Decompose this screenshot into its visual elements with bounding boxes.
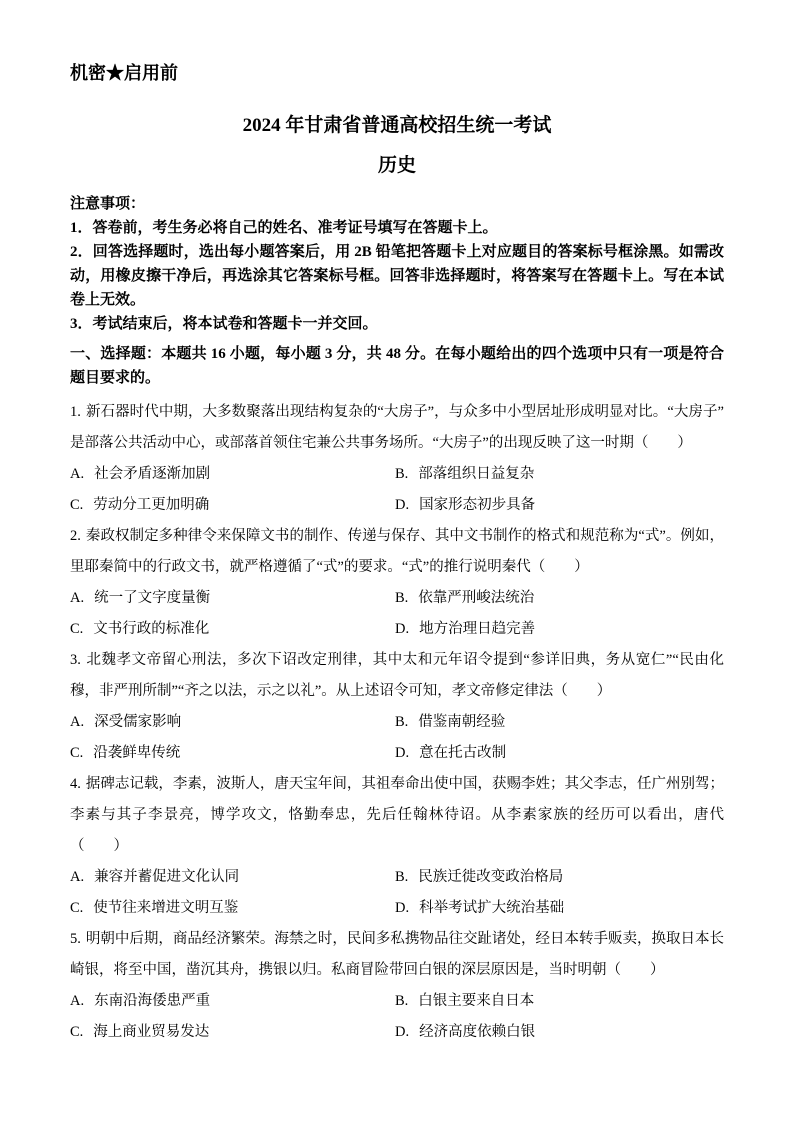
option-a: A.统一了文字度量衡 <box>70 583 395 614</box>
question-stem-text: 北魏孝文帝留心刑法，多次下诏改定刑律，其中太和元年诏令提到“参详旧典，务从宽仁”… <box>70 652 724 699</box>
notice-item-2: 2．回答选择题时，选出每小题答案后，用 2B 铅笔把答题卡上对应题目的答案标号框… <box>70 240 724 312</box>
option-text: 东南沿海倭患严重 <box>94 993 210 1009</box>
option-label: C. <box>70 497 83 513</box>
question-number: 3. <box>70 652 86 668</box>
option-text: 白银主要来自日本 <box>418 993 534 1009</box>
option-label: A. <box>70 590 84 606</box>
option-text: 使节往来增进文明互鉴 <box>93 900 238 916</box>
question-number: 1. <box>70 404 86 420</box>
option-a: A.东南沿海倭患严重 <box>70 986 395 1017</box>
option-text: 民族迁徙改变政治格局 <box>418 869 563 885</box>
option-d: D.国家形态初步具备 <box>395 490 724 521</box>
question-5: 5.明朝中后期，商品经济繁荣。海禁之时，民间多私携物品往交趾诸处，经日本转手贩卖… <box>70 924 724 1048</box>
option-text: 社会矛盾逐渐加剧 <box>94 466 210 482</box>
option-label: B. <box>395 714 408 730</box>
notice-item-1: 1．答卷前，考生务必将自己的姓名、准考证号填写在答题卡上。 <box>70 216 724 240</box>
question-number: 4. <box>70 776 86 792</box>
option-c: C.沿袭鲜卑传统 <box>70 738 395 769</box>
question-stem-text: 新石器时代中期，大多数聚落出现结构复杂的“大房子”，与众多中小型居址形成明显对比… <box>70 404 724 451</box>
option-c: C.文书行政的标准化 <box>70 614 395 645</box>
option-label: C. <box>70 900 83 916</box>
option-text: 深受儒家影响 <box>94 714 181 730</box>
option-label: D. <box>395 497 409 513</box>
option-b: B.部落组织日益复杂 <box>395 459 724 490</box>
subject-title: 历史 <box>70 154 724 178</box>
option-b: B.民族迁徙改变政治格局 <box>395 862 724 893</box>
questions-list: 1.新石器时代中期，大多数聚落出现结构复杂的“大房子”，与众多中小型居址形成明显… <box>70 397 724 1048</box>
exam-title: 2024 年甘肃省普通高校招生统一考试 <box>70 114 724 138</box>
option-a: A.兼容并蓄促进文化认同 <box>70 862 395 893</box>
option-a: A.深受儒家影响 <box>70 707 395 738</box>
option-d: D.地方治理日趋完善 <box>395 614 724 645</box>
option-text: 劳动分工更加明确 <box>93 497 209 513</box>
option-label: B. <box>395 590 408 606</box>
option-label: C. <box>70 1024 83 1040</box>
option-text: 意在托古改制 <box>419 745 506 761</box>
options-grid: A.东南沿海倭患严重 B.白银主要来自日本 C.海上商业贸易发达 D.经济高度依… <box>70 986 724 1048</box>
options-grid: A.统一了文字度量衡 B.依靠严刑峻法统治 C.文书行政的标准化 D.地方治理日… <box>70 583 724 645</box>
option-text: 统一了文字度量衡 <box>94 590 210 606</box>
question-stem: 2.秦政权制定多种律令来保障文书的制作、传递与保存、其中文书制作的格式和规范称为… <box>70 521 724 583</box>
notice-heading: 注意事项： <box>70 192 724 216</box>
options-grid: A.深受儒家影响 B.借鉴南朝经验 C.沿袭鲜卑传统 D.意在托古改制 <box>70 707 724 769</box>
question-number: 5. <box>70 931 86 947</box>
option-d: D.意在托古改制 <box>395 738 724 769</box>
option-label: B. <box>395 869 408 885</box>
option-text: 国家形态初步具备 <box>419 497 535 513</box>
question-stem: 3.北魏孝文帝留心刑法，多次下诏改定刑律，其中太和元年诏令提到“参详旧典，务从宽… <box>70 645 724 707</box>
option-label: B. <box>395 466 408 482</box>
question-stem-text: 秦政权制定多种律令来保障文书的制作、传递与保存、其中文书制作的格式和规范称为“式… <box>70 528 724 575</box>
question-4: 4.据碑志记载，李素，波斯人，唐天宝年间，其祖奉命出使中国，获赐李姓；其父李志，… <box>70 769 724 924</box>
question-number: 2. <box>70 528 86 544</box>
option-b: B.依靠严刑峻法统治 <box>395 583 724 614</box>
question-stem: 4.据碑志记载，李素，波斯人，唐天宝年间，其祖奉命出使中国，获赐李姓；其父李志，… <box>70 769 724 862</box>
question-stem: 5.明朝中后期，商品经济繁荣。海禁之时，民间多私携物品往交趾诸处，经日本转手贩卖… <box>70 924 724 986</box>
option-c: C.劳动分工更加明确 <box>70 490 395 521</box>
classification-label: 机密★启用前 <box>70 60 724 86</box>
option-d: D.经济高度依赖白银 <box>395 1017 724 1048</box>
option-b: B.借鉴南朝经验 <box>395 707 724 738</box>
option-label: D. <box>395 900 409 916</box>
section-heading: 一、选择题：本题共 16 小题，每小题 3 分，共 48 分。在每小题给出的四个… <box>70 342 724 390</box>
question-1: 1.新石器时代中期，大多数聚落出现结构复杂的“大房子”，与众多中小型居址形成明显… <box>70 397 724 521</box>
question-stem-text: 明朝中后期，商品经济繁荣。海禁之时，民间多私携物品往交趾诸处，经日本转手贩卖，换… <box>70 931 724 978</box>
question-2: 2.秦政权制定多种律令来保障文书的制作、传递与保存、其中文书制作的格式和规范称为… <box>70 521 724 645</box>
question-3: 3.北魏孝文帝留心刑法，多次下诏改定刑律，其中太和元年诏令提到“参详旧典，务从宽… <box>70 645 724 769</box>
options-grid: A.社会矛盾逐渐加剧 B.部落组织日益复杂 C.劳动分工更加明确 D.国家形态初… <box>70 459 724 521</box>
option-label: D. <box>395 621 409 637</box>
option-label: A. <box>70 869 84 885</box>
option-label: B. <box>395 993 408 1009</box>
exam-paper-page: 机密★启用前 2024 年甘肃省普通高校招生统一考试 历史 注意事项： 1．答卷… <box>0 0 793 1122</box>
option-text: 借鉴南朝经验 <box>418 714 505 730</box>
option-c: C.使节往来增进文明互鉴 <box>70 893 395 924</box>
option-label: A. <box>70 466 84 482</box>
question-stem: 1.新石器时代中期，大多数聚落出现结构复杂的“大房子”，与众多中小型居址形成明显… <box>70 397 724 459</box>
option-label: A. <box>70 714 84 730</box>
option-text: 兼容并蓄促进文化认同 <box>94 869 239 885</box>
option-a: A.社会矛盾逐渐加剧 <box>70 459 395 490</box>
options-grid: A.兼容并蓄促进文化认同 B.民族迁徙改变政治格局 C.使节往来增进文明互鉴 D… <box>70 862 724 924</box>
option-text: 海上商业贸易发达 <box>93 1024 209 1040</box>
option-label: C. <box>70 745 83 761</box>
option-text: 地方治理日趋完善 <box>419 621 535 637</box>
option-text: 文书行政的标准化 <box>93 621 209 637</box>
option-label: D. <box>395 745 409 761</box>
question-stem-text: 据碑志记载，李素，波斯人，唐天宝年间，其祖奉命出使中国，获赐李姓；其父李志，任广… <box>70 776 724 854</box>
notice-item-3: 3．考试结束后，将本试卷和答题卡一并交回。 <box>70 312 724 336</box>
option-label: D. <box>395 1024 409 1040</box>
option-text: 沿袭鲜卑传统 <box>93 745 180 761</box>
option-label: A. <box>70 993 84 1009</box>
option-text: 科举考试扩大统治基础 <box>419 900 564 916</box>
option-c: C.海上商业贸易发达 <box>70 1017 395 1048</box>
option-label: C. <box>70 621 83 637</box>
option-text: 部落组织日益复杂 <box>418 466 534 482</box>
notice-section: 注意事项： 1．答卷前，考生务必将自己的姓名、准考证号填写在答题卡上。 2．回答… <box>70 192 724 336</box>
option-d: D.科举考试扩大统治基础 <box>395 893 724 924</box>
option-text: 经济高度依赖白银 <box>419 1024 535 1040</box>
option-b: B.白银主要来自日本 <box>395 986 724 1017</box>
option-text: 依靠严刑峻法统治 <box>418 590 534 606</box>
